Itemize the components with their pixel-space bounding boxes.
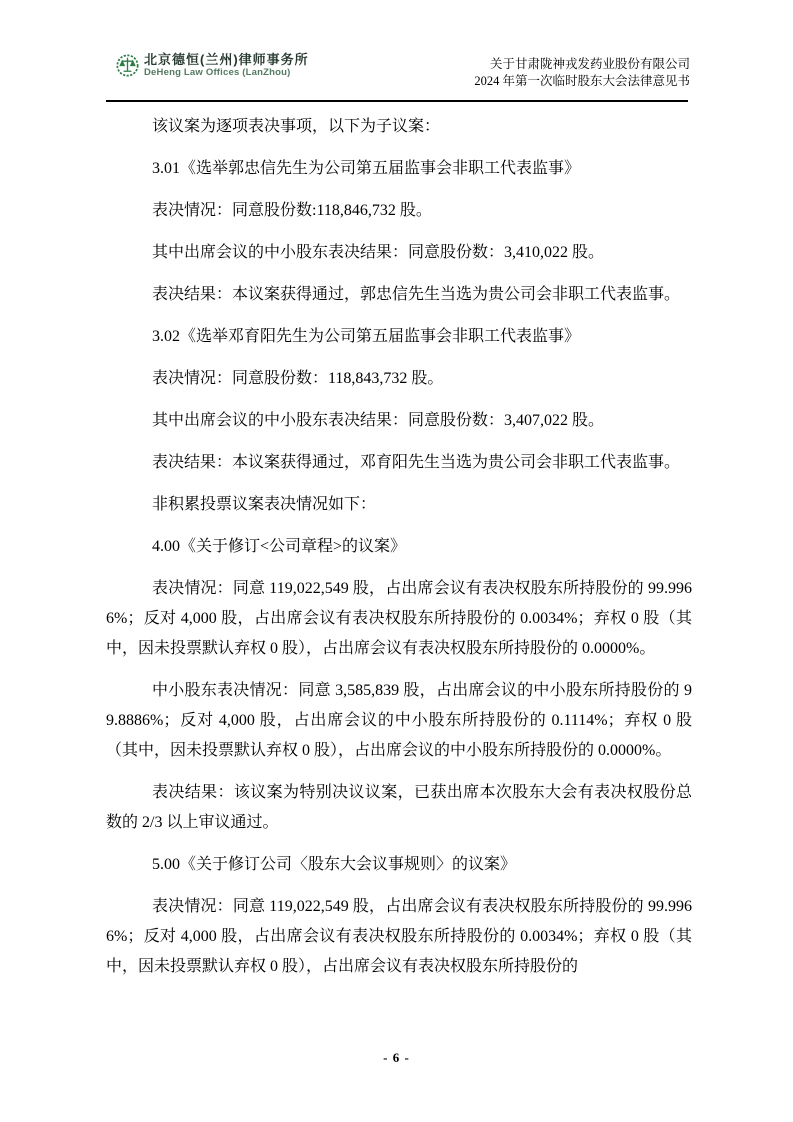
body-paragraph: 表决结果：本议案获得通过，郭忠信先生当选为贵公司会非职工代表监事。 (106, 280, 692, 310)
document-title-line1: 关于甘肃陇神戎发药业股份有限公司 (474, 56, 690, 73)
document-title-line2: 2024 年第一次临时股东大会法律意见书 (474, 73, 690, 90)
body-paragraph: 3.02《选举邓育阳先生为公司第五届监事会非职工代表监事》 (106, 322, 692, 352)
body-paragraph: 非积累投票议案表决情况如下： (106, 490, 692, 520)
body-paragraph: 表决结果：本议案获得通过，邓育阳先生当选为贵公司会非职工代表监事。 (106, 448, 692, 478)
body-paragraph: 表决情况：同意股份数：118,843,732 股。 (106, 364, 692, 394)
body-paragraph: 该议案为逐项表决事项，以下为子议案： (106, 112, 692, 142)
body-paragraph: 表决情况：同意 119,022,549 股，占出席会议有表决权股东所持股份的 9… (106, 892, 692, 982)
body-paragraph: 其中出席会议的中小股东表决结果：同意股份数：3,410,022 股。 (106, 238, 692, 268)
body-paragraph: 表决结果：该议案为特别决议议案，已获出席本次股东大会有表决权股份总数的 2/3 … (106, 778, 692, 838)
firm-name-cn: 北京德恒(兰州)律师事务所 (144, 52, 309, 67)
firm-name-en: DeHeng Law Offices (LanZhou) (144, 67, 309, 79)
firm-names: 北京德恒(兰州)律师事务所 DeHeng Law Offices (LanZho… (144, 52, 309, 79)
header-divider (106, 100, 688, 102)
body-paragraph: 中小股东表决情况：同意 3,585,839 股，占出席会议的中小股东所持股份的 … (106, 676, 692, 766)
body-paragraph: 5.00《关于修订公司〈股东大会议事规则〉的议案》 (106, 850, 692, 880)
page-number: - 6 - (0, 1050, 793, 1066)
body-paragraph: 其中出席会议的中小股东表决结果：同意股份数：3,407,022 股。 (106, 406, 692, 436)
body-paragraph: 3.01《选举郭忠信先生为公司第五届监事会非职工代表监事》 (106, 154, 692, 184)
document-page: 北京德恒(兰州)律师事务所 DeHeng Law Offices (LanZho… (0, 0, 793, 1122)
body-paragraph: 4.00《关于修订<公司章程>的议案》 (106, 532, 692, 562)
body-paragraph: 表决情况：同意股份数:118,846,732 股。 (106, 196, 692, 226)
body-paragraph: 表决情况：同意 119,022,549 股，占出席会议有表决权股东所持股份的 9… (106, 574, 692, 664)
document-title-block: 关于甘肃陇神戎发药业股份有限公司 2024 年第一次临时股东大会法律意见书 (474, 56, 690, 90)
scales-emblem-icon (116, 54, 139, 77)
law-firm-block: 北京德恒(兰州)律师事务所 DeHeng Law Offices (LanZho… (116, 52, 309, 79)
document-body: 该议案为逐项表决事项，以下为子议案： 3.01《选举郭忠信先生为公司第五届监事会… (106, 112, 692, 994)
page-header: 北京德恒(兰州)律师事务所 DeHeng Law Offices (LanZho… (106, 50, 690, 102)
